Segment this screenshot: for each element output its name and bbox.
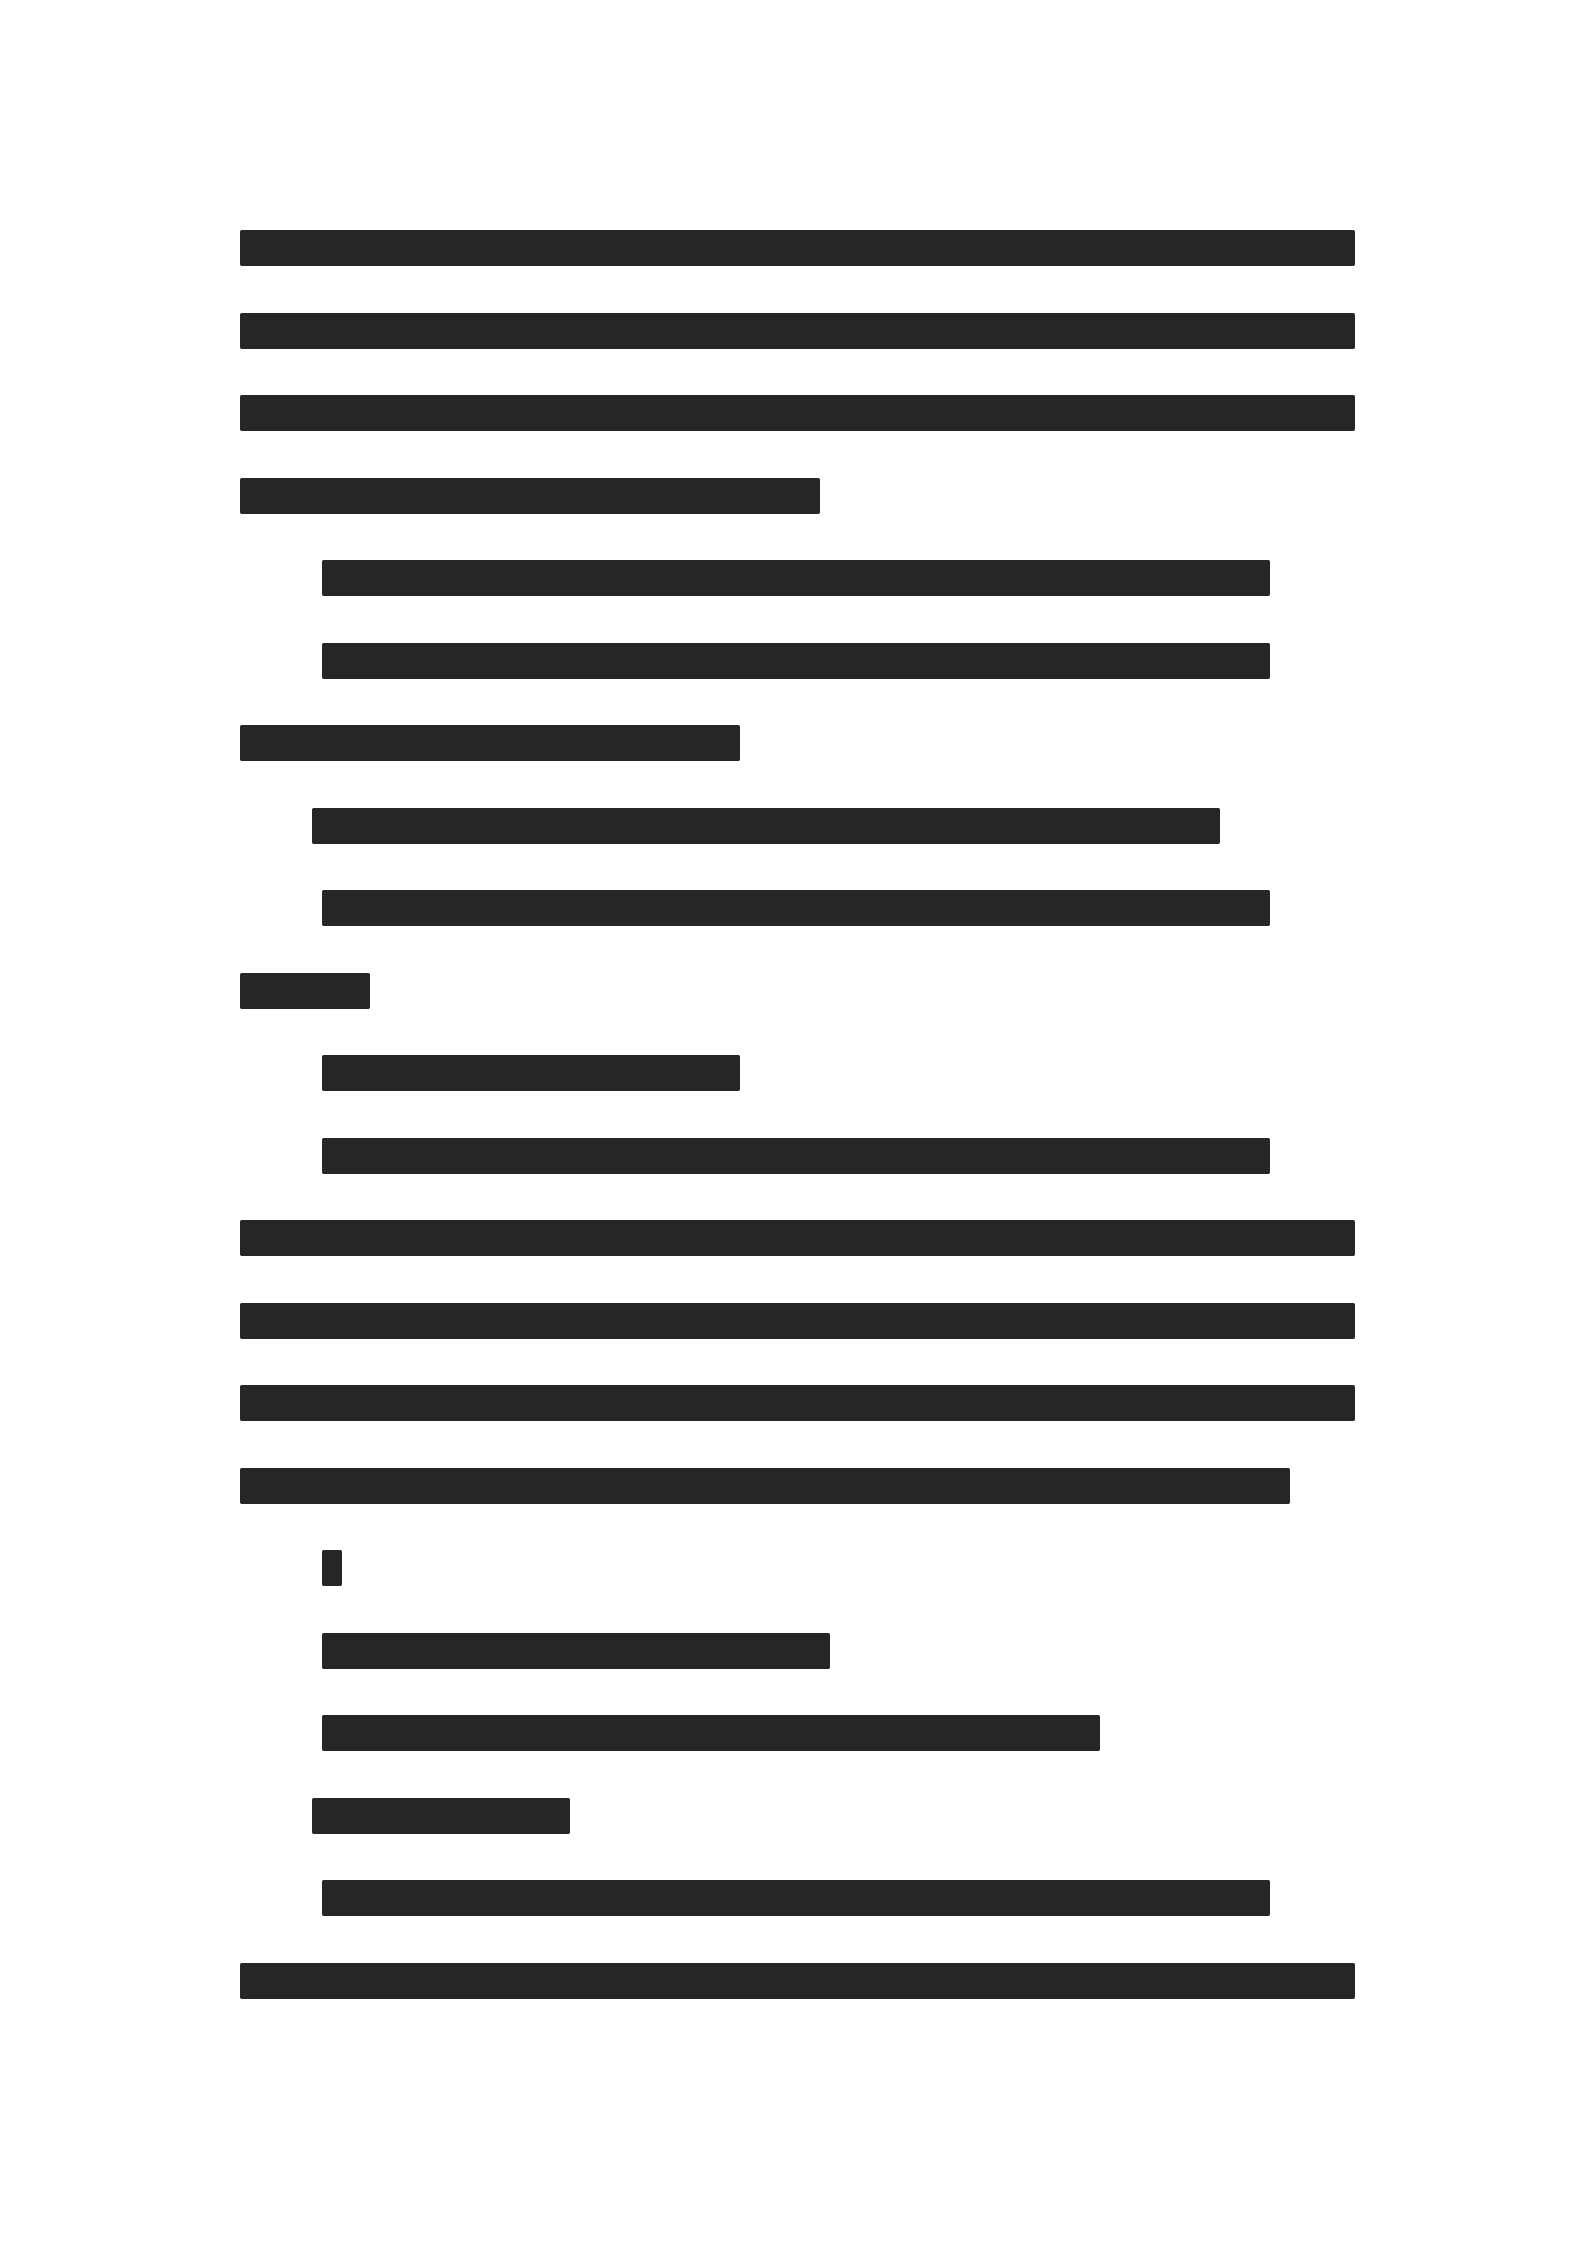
text-line — [240, 370, 1355, 453]
document-page — [240, 205, 1355, 2020]
text-line — [240, 1030, 1355, 1113]
text-line — [240, 453, 1355, 536]
redacted-text — [240, 1385, 1355, 1421]
redacted-text — [322, 1055, 740, 1091]
redacted-text — [312, 808, 1220, 844]
redacted-text — [322, 1138, 1270, 1174]
redacted-text — [322, 643, 1270, 679]
redacted-text — [322, 890, 1270, 926]
redacted-text — [322, 1550, 342, 1586]
text-line — [240, 535, 1355, 618]
redacted-text — [240, 973, 370, 1009]
text-line — [240, 1608, 1355, 1691]
redacted-text — [322, 1715, 1100, 1751]
text-line — [240, 1938, 1355, 2021]
redacted-text — [240, 1220, 1355, 1256]
redacted-text — [322, 1880, 1270, 1916]
text-line — [240, 1690, 1355, 1773]
text-line — [240, 1278, 1355, 1361]
text-line — [240, 288, 1355, 371]
text-line — [240, 205, 1355, 288]
text-line — [240, 1113, 1355, 1196]
text-line — [240, 1855, 1355, 1938]
text-line — [240, 865, 1355, 948]
redacted-text — [240, 395, 1355, 431]
text-line — [240, 1443, 1355, 1526]
text-line — [240, 700, 1355, 783]
redacted-text — [240, 1963, 1355, 1999]
redacted-text — [322, 560, 1270, 596]
text-line — [240, 948, 1355, 1031]
text-line — [240, 1525, 1355, 1608]
text-line — [240, 1360, 1355, 1443]
text-line — [240, 783, 1355, 866]
redacted-text — [240, 1468, 1290, 1504]
text-line — [240, 1195, 1355, 1278]
text-line — [240, 618, 1355, 701]
redacted-text — [240, 230, 1355, 266]
redacted-text — [240, 1303, 1355, 1339]
redacted-text — [240, 478, 820, 514]
redacted-text — [322, 1633, 830, 1669]
redacted-text — [240, 313, 1355, 349]
redacted-text — [240, 725, 740, 761]
redacted-text — [312, 1798, 570, 1834]
text-line — [240, 1773, 1355, 1856]
